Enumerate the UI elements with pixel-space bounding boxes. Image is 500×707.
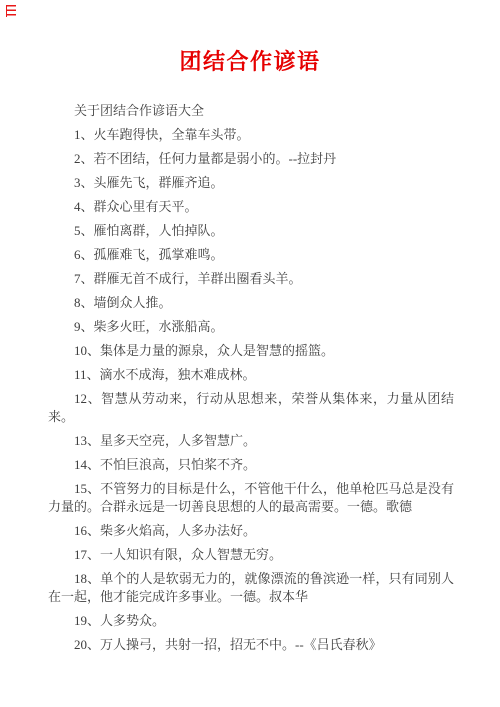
- list-item: 16、柴多火焰高，人多办法好。: [48, 522, 454, 540]
- list-item: 2、若不团结，任何力量都是弱小的。--拉封丹: [48, 150, 454, 168]
- red-corner-mark-icon: [6, 5, 16, 17]
- document-page: 团结合作谚语 关于团结合作谚语大全 1、火车跑得快，全靠车头带。 2、若不团结，…: [0, 0, 500, 707]
- list-item: 8、墙倒众人推。: [48, 294, 454, 312]
- list-item: 14、不怕巨浪高，只怕桨不齐。: [48, 456, 454, 474]
- list-item: 6、孤雁难飞，孤掌难鸣。: [48, 246, 454, 264]
- list-item: 7、群雁无首不成行，羊群出圈看头羊。: [48, 270, 454, 288]
- list-item: 17、一人知识有限，众人智慧无穷。: [48, 546, 454, 564]
- list-item: 18、单个的人是软弱无力的，就像漂流的鲁滨逊一样，只有同别人在一起，他才能完成许…: [48, 570, 454, 606]
- list-item: 15、不管努力的目标是什么，不管他干什么，他单枪匹马总是没有力量的。合群永远是一…: [48, 480, 454, 516]
- list-item: 4、群众心里有天平。: [48, 198, 454, 216]
- list-item: 5、雁怕离群，人怕掉队。: [48, 222, 454, 240]
- list-item: 9、柴多火旺，水涨船高。: [48, 318, 454, 336]
- list-item: 19、人多势众。: [48, 612, 454, 630]
- list-item: 11、滴水不成海，独木难成林。: [48, 366, 454, 384]
- list-item: 10、集体是力量的源泉，众人是智慧的摇篮。: [48, 342, 454, 360]
- list-item: 12、智慧从劳动来，行动从思想来，荣誉从集体来，力量从团结来。: [48, 390, 454, 426]
- list-item: 3、头雁先飞，群雁齐追。: [48, 174, 454, 192]
- list-item: 20、万人操弓，共射一招，招无不中。--《吕氏春秋》: [48, 636, 454, 654]
- document-body: 关于团结合作谚语大全 1、火车跑得快，全靠车头带。 2、若不团结，任何力量都是弱…: [0, 102, 500, 654]
- list-item: 13、星多天空亮，人多智慧广。: [48, 432, 454, 450]
- subtitle: 关于团结合作谚语大全: [48, 102, 454, 120]
- page-title: 团结合作谚语: [0, 0, 500, 76]
- list-item: 1、火车跑得快，全靠车头带。: [48, 126, 454, 144]
